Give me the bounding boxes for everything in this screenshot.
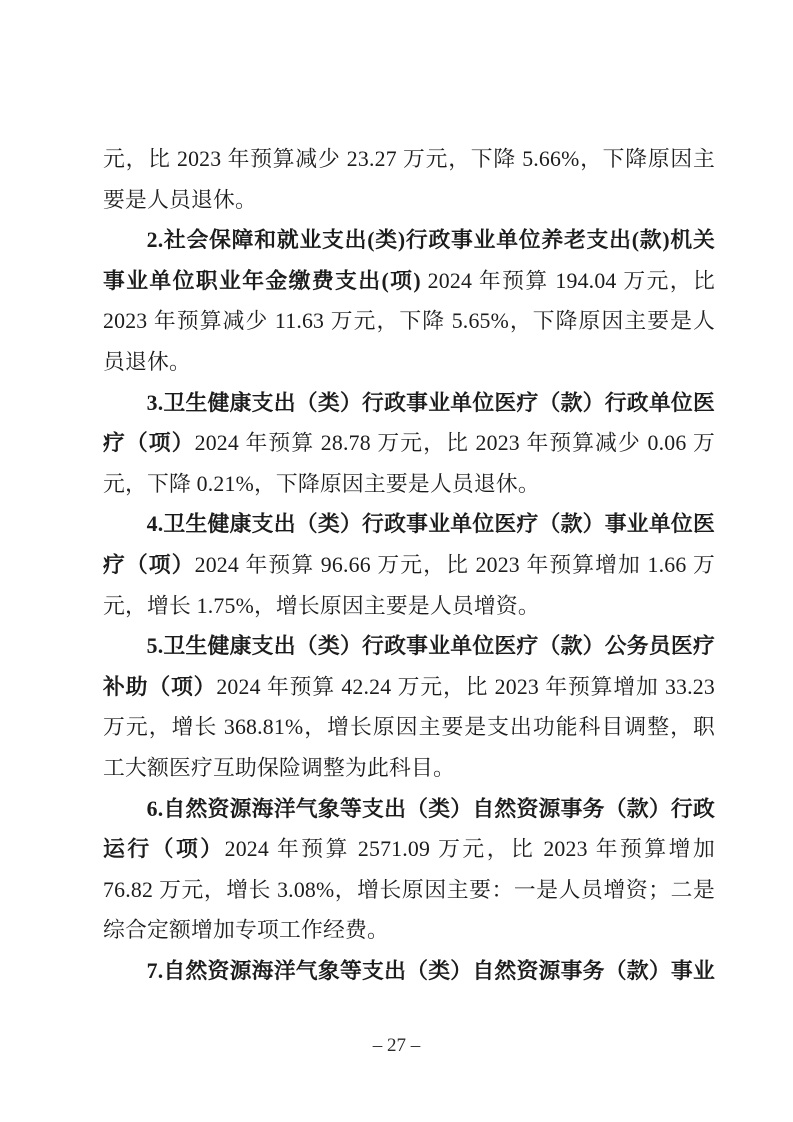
paragraph: 2.社会保障和就业支出(类)行政事业单位养老支出(款)机关事业单位职业年金缴费支… (103, 220, 715, 382)
page-footer: – 27 – (0, 1031, 793, 1061)
paragraph-text-segment: 元，比 2023 年预算减少 23.27 万元，下降 5.66%，下降原因主要是… (103, 147, 715, 212)
paragraph: 4.卫生健康支出（类）行政事业单位医疗（款）事业单位医疗（项）2024 年预算 … (103, 504, 715, 626)
paragraph-text-segment: 2024 年预算 96.66 万元，比 2023 年预算增加 1.66 万元，增… (103, 553, 715, 618)
page-number: – 27 – (373, 1035, 421, 1056)
paragraph: 元，比 2023 年预算减少 23.27 万元，下降 5.66%，下降原因主要是… (103, 139, 715, 220)
paragraph: 3.卫生健康支出（类）行政事业单位医疗（款）行政单位医疗（项）2024 年预算 … (103, 383, 715, 505)
paragraph-heading-segment: 7.自然资源海洋气象等支出（类）自然资源事务（款）事业 (147, 959, 715, 983)
document-page: 元，比 2023 年预算减少 23.27 万元，下降 5.66%，下降原因主要是… (0, 0, 793, 1122)
paragraph-text-segment: 2024 年预算 28.78 万元，比 2023 年预算减少 0.06 万元，下… (103, 431, 715, 496)
paragraph: 6.自然资源海洋气象等支出（类）自然资源事务（款）行政运行（项）2024 年预算… (103, 789, 715, 951)
document-body: 元，比 2023 年预算减少 23.27 万元，下降 5.66%，下降原因主要是… (103, 139, 715, 991)
paragraph: 7.自然资源海洋气象等支出（类）自然资源事务（款）事业 (103, 951, 715, 992)
paragraph: 5.卫生健康支出（类）行政事业单位医疗（款）公务员医疗补助（项）2024 年预算… (103, 626, 715, 788)
